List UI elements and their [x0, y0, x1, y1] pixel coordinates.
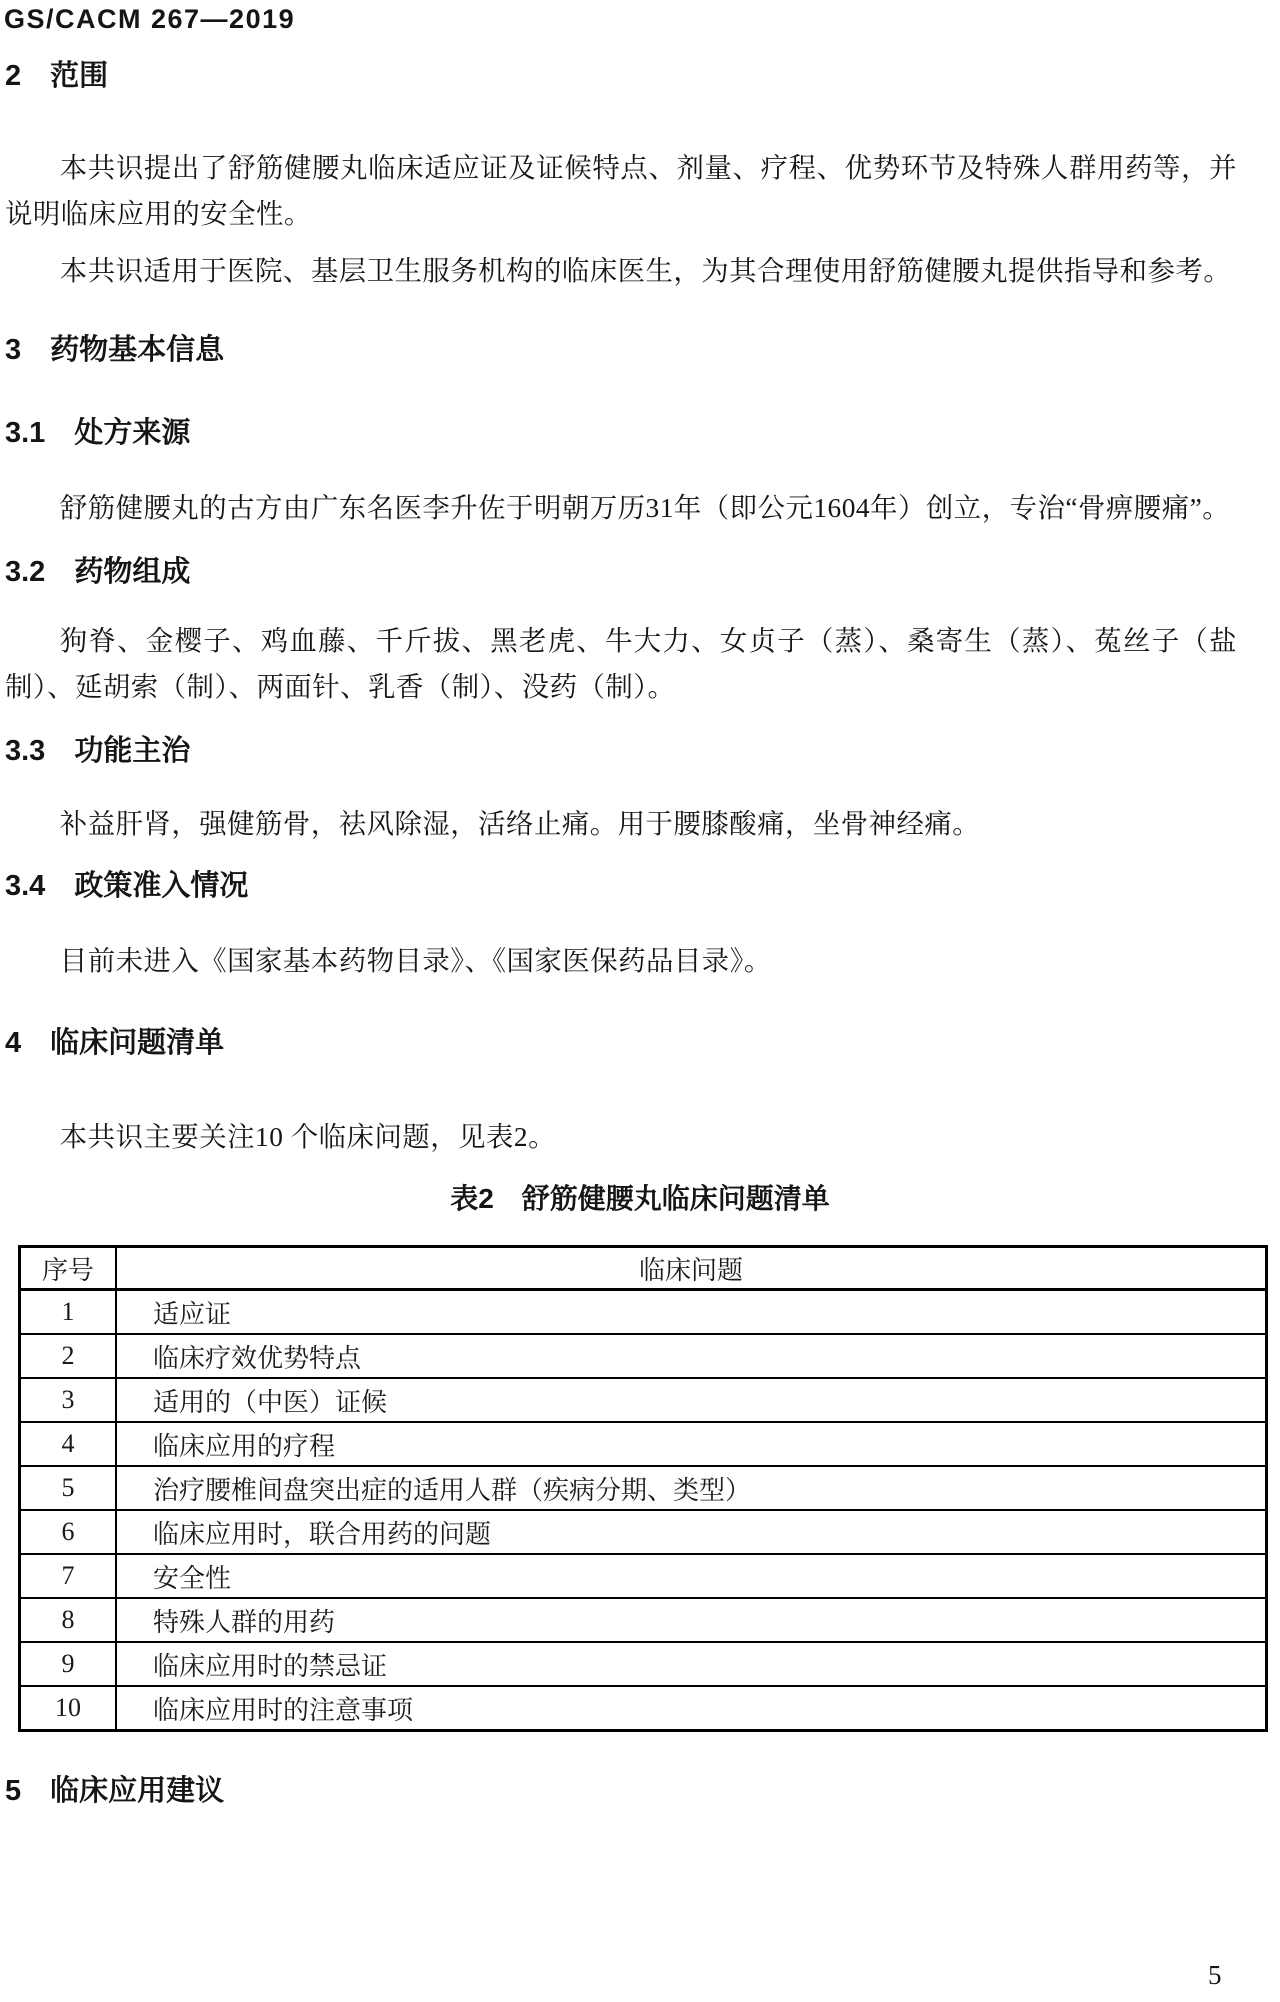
section-2-paragraph-2: 本共识适用于医院、基层卫生服务机构的临床医生，为其合理使用舒筋健腰丸提供指导和参… [5, 248, 1273, 294]
row-question: 临床应用时，联合用药的问题 [116, 1510, 1267, 1554]
clinical-questions-table: 序号 临床问题 1 适应证 2 临床疗效优势特点 3 适用的（中医）证候 4 临… [18, 1245, 1268, 1732]
table-row: 1 适应证 [20, 1290, 1267, 1335]
row-number: 10 [20, 1686, 117, 1731]
column-header-number: 序号 [20, 1247, 117, 1290]
table-row: 6 临床应用时，联合用药的问题 [20, 1510, 1267, 1554]
row-number: 7 [20, 1554, 117, 1598]
row-question: 安全性 [116, 1554, 1267, 1598]
document-page: GS/CACM 267—2019 2 范围 本共识提出了舒筋健腰丸临床适应证及证… [0, 0, 1280, 2002]
table-row: 3 适用的（中医）证候 [20, 1378, 1267, 1422]
row-question: 临床疗效优势特点 [116, 1334, 1267, 1378]
section-3-2-paragraph: 狗脊、金樱子、鸡血藤、千斤拔、黑老虎、牛大力、女贞子（蒸）、桑寄生（蒸）、菟丝子… [5, 618, 1237, 710]
row-number: 6 [20, 1510, 117, 1554]
section-3-4-heading: 3.4 政策准入情况 [5, 866, 248, 906]
section-4-heading: 4 临床问题清单 [5, 1023, 224, 1063]
row-number: 2 [20, 1334, 117, 1378]
section-3-1-paragraph: 舒筋健腰丸的古方由广东名医李升佐于明朝万历31年（即公元1604年）创立，专治“… [5, 485, 1273, 531]
section-2-heading: 2 范围 [5, 56, 108, 96]
row-question: 适用的（中医）证候 [116, 1378, 1267, 1422]
section-2-paragraph-1: 本共识提出了舒筋健腰丸临床适应证及证候特点、剂量、疗程、优势环节及特殊人群用药等… [5, 145, 1237, 237]
table-header-row: 序号 临床问题 [20, 1247, 1267, 1290]
row-question: 临床应用时的注意事项 [116, 1686, 1267, 1731]
row-number: 9 [20, 1642, 117, 1686]
table-row: 2 临床疗效优势特点 [20, 1334, 1267, 1378]
row-number: 1 [20, 1290, 117, 1335]
table-2-caption: 表2 舒筋健腰丸临床问题清单 [0, 1179, 1280, 1219]
section-3-3-heading: 3.3 功能主治 [5, 731, 190, 771]
table-row: 9 临床应用时的禁忌证 [20, 1642, 1267, 1686]
row-question: 适应证 [116, 1290, 1267, 1335]
row-number: 5 [20, 1466, 117, 1510]
row-question: 临床应用时的禁忌证 [116, 1642, 1267, 1686]
section-3-3-paragraph: 补益肝肾，强健筋骨，祛风除湿，活络止痛。用于腰膝酸痛，坐骨神经痛。 [5, 801, 1273, 847]
section-4-paragraph: 本共识主要关注10 个临床问题，见表2。 [5, 1114, 1273, 1160]
page-number: 5 [1208, 1960, 1222, 1991]
section-3-1-heading: 3.1 处方来源 [5, 413, 190, 453]
column-header-question: 临床问题 [116, 1247, 1267, 1290]
table-row: 4 临床应用的疗程 [20, 1422, 1267, 1466]
standard-code-header: GS/CACM 267—2019 [4, 4, 295, 35]
section-3-heading: 3 药物基本信息 [5, 330, 224, 370]
row-number: 8 [20, 1598, 117, 1642]
table-row: 8 特殊人群的用药 [20, 1598, 1267, 1642]
table-row: 5 治疗腰椎间盘突出症的适用人群（疾病分期、类型） [20, 1466, 1267, 1510]
table-row: 7 安全性 [20, 1554, 1267, 1598]
section-5-heading: 5 临床应用建议 [5, 1771, 224, 1811]
table-row: 10 临床应用时的注意事项 [20, 1686, 1267, 1731]
row-question: 临床应用的疗程 [116, 1422, 1267, 1466]
section-3-2-heading: 3.2 药物组成 [5, 552, 190, 592]
row-question: 特殊人群的用药 [116, 1598, 1267, 1642]
section-3-4-paragraph: 目前未进入《国家基本药物目录》、《国家医保药品目录》。 [5, 938, 1273, 984]
row-number: 3 [20, 1378, 117, 1422]
row-number: 4 [20, 1422, 117, 1466]
row-question: 治疗腰椎间盘突出症的适用人群（疾病分期、类型） [116, 1466, 1267, 1510]
